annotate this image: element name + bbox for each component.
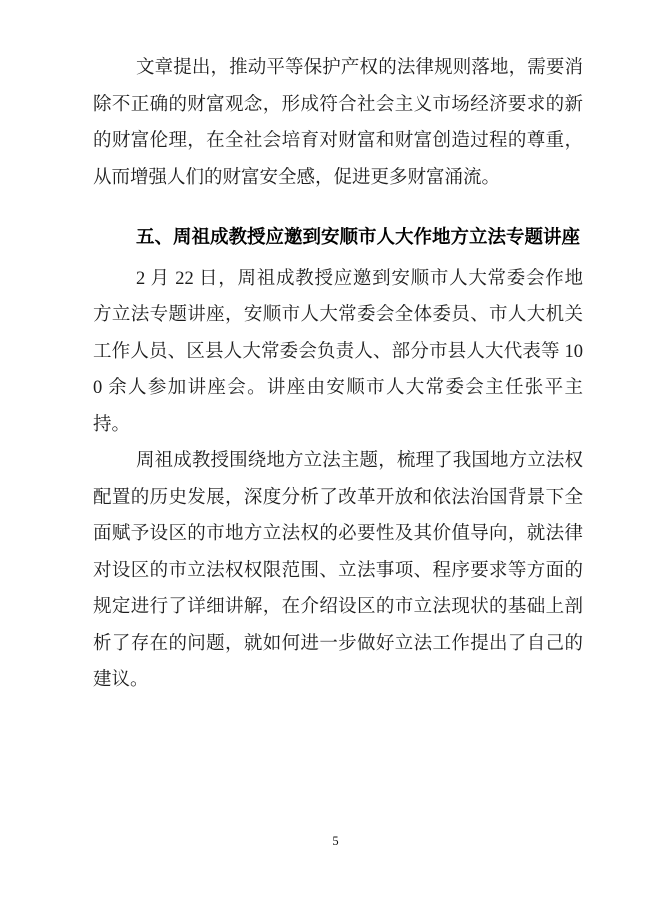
document-text-block: 文章提出，推动平等保护产权的法律规则落地，需要消除不正确的财富观念，形成符合社会… [93,50,583,699]
document-page: 文章提出，推动平等保护产权的法律规则落地，需要消除不正确的财富观念，形成符合社会… [0,0,671,900]
paragraph-intro: 文章提出，推动平等保护产权的法律规则落地，需要消除不正确的财富观念，形成符合社会… [93,50,583,196]
page-number: 5 [332,834,338,848]
paragraph-event: 2 月 22 日，周祖成教授应邀到安顺市人大常委会作地方立法专题讲座，安顺市人大… [93,261,583,444]
page-footer: 5 [0,832,671,850]
section-heading: 五、周祖成教授应邀到安顺市人大作地方立法专题讲座 [93,219,583,256]
paragraph-lecture: 周祖成教授围绕地方立法主题，梳理了我国地方立法权配置的历史发展，深度分析了改革开… [93,443,583,699]
